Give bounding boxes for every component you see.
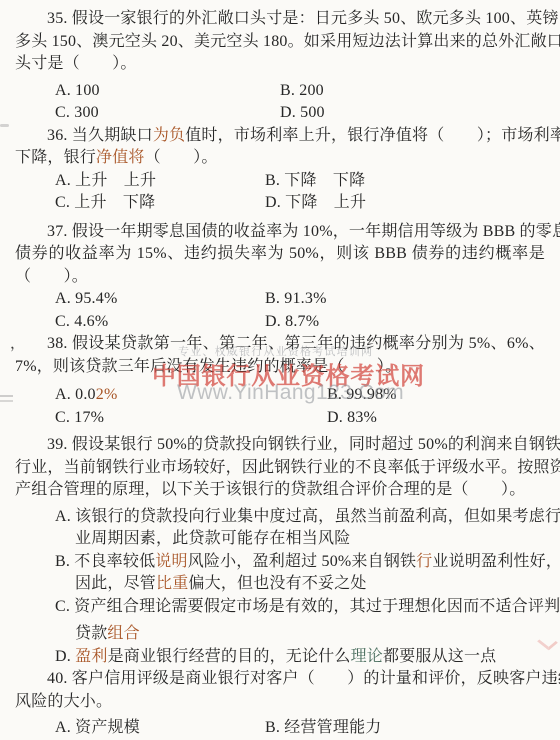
question-36-stem-line-1: 36. 当久期缺口为负值时，市场利率上升，银行净值将（ ）；市场利率 [15, 125, 545, 148]
question-36-stem-line-2: 下降，银行净值将（ ）。 [15, 147, 545, 170]
question-40-options-row-1: A. 资产规模 B. 经营管理能力 [55, 717, 545, 740]
question-39-stem-line-2: 行业，当前钢铁行业市场较好，因此钢铁行业的不良率低于评级水平。按照资 [15, 457, 545, 480]
question-38-options-row-1: A. 0.02% B. 99.98% [55, 384, 545, 407]
scanned-exam-page: 35. 假设一家银行的外汇敞口头寸是：日元多头 50、欧元多头 100、英镑 多… [0, 0, 560, 740]
question-39-option-a-line-1: A. 该银行的贷款投向行业集中度过高，虽然当前盈利高，但如果考虑行 [55, 506, 545, 529]
question-37-stem-line-2: 债券的收益率为 15%、违约损失率为 50%，则该 BBB 债券的违约概率是 [15, 243, 545, 266]
question-39-option-b-line-2: 因此，尽管比重偏大，但也没有不妥之处 [75, 573, 545, 596]
question-39-option-c-line-2: 贷款组合 [75, 623, 545, 646]
question-38-stem-line-1: 38. 假设某贷款第一年、第二年、第三年的违约概率分别为 5%、6%、 [15, 333, 545, 356]
question-39-stem-line-1: 39. 假设某银行 50%的贷款投向钢铁行业，同时超过 50%的利润来自钢铁 [15, 434, 545, 457]
question-38: 38. 假设某贷款第一年、第二年、第三年的违约概率分别为 5%、6%、 7%，则… [15, 333, 545, 429]
question-40: 40. 客户信用评级是商业银行对客户（ ）的计量和评价，反映客户违约 风险的大小… [15, 668, 545, 740]
question-37-options-row-2: C. 4.6% D. 8.7% [55, 311, 545, 334]
question-37: 37. 假设一年期零息国债的收益率为 10%，一年期信用等级为 BBB 的零息 … [15, 221, 545, 334]
question-39-option-a-line-2: 业周期因素，此贷款可能存在相当风险 [75, 528, 545, 551]
question-37-option-a: A. 95.4% [55, 288, 265, 311]
question-37-stem-line-3: （ ）。 [15, 266, 545, 289]
question-37-options-row-1: A. 95.4% B. 91.3% [55, 288, 545, 311]
question-38-options-row-2: C. 17% D. 83% [55, 407, 545, 430]
question-35-option-c: C. 300 [55, 102, 280, 125]
question-35-option-b: B. 200 [280, 80, 545, 103]
question-36-option-a: A. 上升 上升 [55, 170, 265, 193]
question-36: 36. 当久期缺口为负值时，市场利率上升，银行净值将（ ）；市场利率 下降，银行… [15, 125, 545, 215]
question-40-option-b: B. 经营管理能力 [265, 717, 545, 740]
question-37-stem-line-1: 37. 假设一年期零息国债的收益率为 10%，一年期信用等级为 BBB 的零息 [15, 221, 545, 244]
question-37-option-c: C. 4.6% [55, 311, 265, 334]
question-35: 35. 假设一家银行的外汇敞口头寸是：日元多头 50、欧元多头 100、英镑 多… [15, 8, 545, 125]
question-35-stem-line-2: 多头 150、澳元空头 20、美元空头 180。如采用短边法计算出来的总外汇敞口 [15, 31, 545, 54]
question-36-option-d: D. 下降 上升 [265, 192, 545, 215]
question-35-stem-line-1: 35. 假设一家银行的外汇敞口头寸是：日元多头 50、欧元多头 100、英镑 [15, 8, 545, 31]
question-37-option-b: B. 91.3% [265, 288, 545, 311]
question-35-options-row-2: C. 300 D. 500 [55, 102, 545, 125]
scan-artifact-stray-comma: ， [10, 332, 25, 353]
question-35-options-row-1: A. 100 B. 200 [55, 80, 545, 103]
question-35-stem-line-3: 头寸是（ ）。 [15, 53, 545, 76]
question-40-stem-line-2: 风险的大小。 [15, 691, 545, 714]
question-36-options-row-1: A. 上升 上升 B. 下降 下降 [55, 170, 545, 193]
question-40-option-a: A. 资产规模 [55, 717, 265, 740]
question-39-option-d: D. 盈利是商业银行经营的目的，无论什么理论都要服从这一点 [55, 646, 545, 669]
question-36-option-b: B. 下降 下降 [265, 170, 545, 193]
question-36-options-row-2: C. 上升 下降 D. 下降 上升 [55, 192, 545, 215]
question-38-option-d: D. 83% [327, 407, 545, 430]
question-38-stem-line-2: 7%，则该贷款三年后没有发生违约的概率是（ ）。 [15, 356, 545, 379]
question-39-option-b-line-1: B. 不良率较低说明风险小，盈利超过 50%来自钢铁行业说明盈利性好， [55, 551, 545, 574]
question-38-option-b: B. 99.98% [327, 384, 545, 407]
question-40-stem-line-1: 40. 客户信用评级是商业银行对客户（ ）的计量和评价，反映客户违约 [15, 668, 545, 691]
question-35-option-d: D. 500 [280, 102, 545, 125]
question-39-stem-line-3: 产组合管理的原理，以下关于该银行的贷款组合评价合理的是（ ）。 [15, 479, 545, 502]
question-37-option-d: D. 8.7% [265, 311, 545, 334]
scan-artifact-left-marks [0, 395, 13, 397]
question-36-option-c: C. 上升 下降 [55, 192, 265, 215]
question-39-option-c-line-1: C. 资产组合理论需要假定市场是有效的，其过于理想化因而不适合评判 [55, 596, 545, 619]
question-35-option-a: A. 100 [55, 80, 280, 103]
scan-artifact-left-dash [0, 124, 9, 127]
question-38-option-c: C. 17% [55, 407, 327, 430]
question-38-option-a: A. 0.02% [55, 384, 327, 407]
question-39: 39. 假设某银行 50%的贷款投向钢铁行业，同时超过 50%的利润来自钢铁 行… [15, 434, 545, 668]
